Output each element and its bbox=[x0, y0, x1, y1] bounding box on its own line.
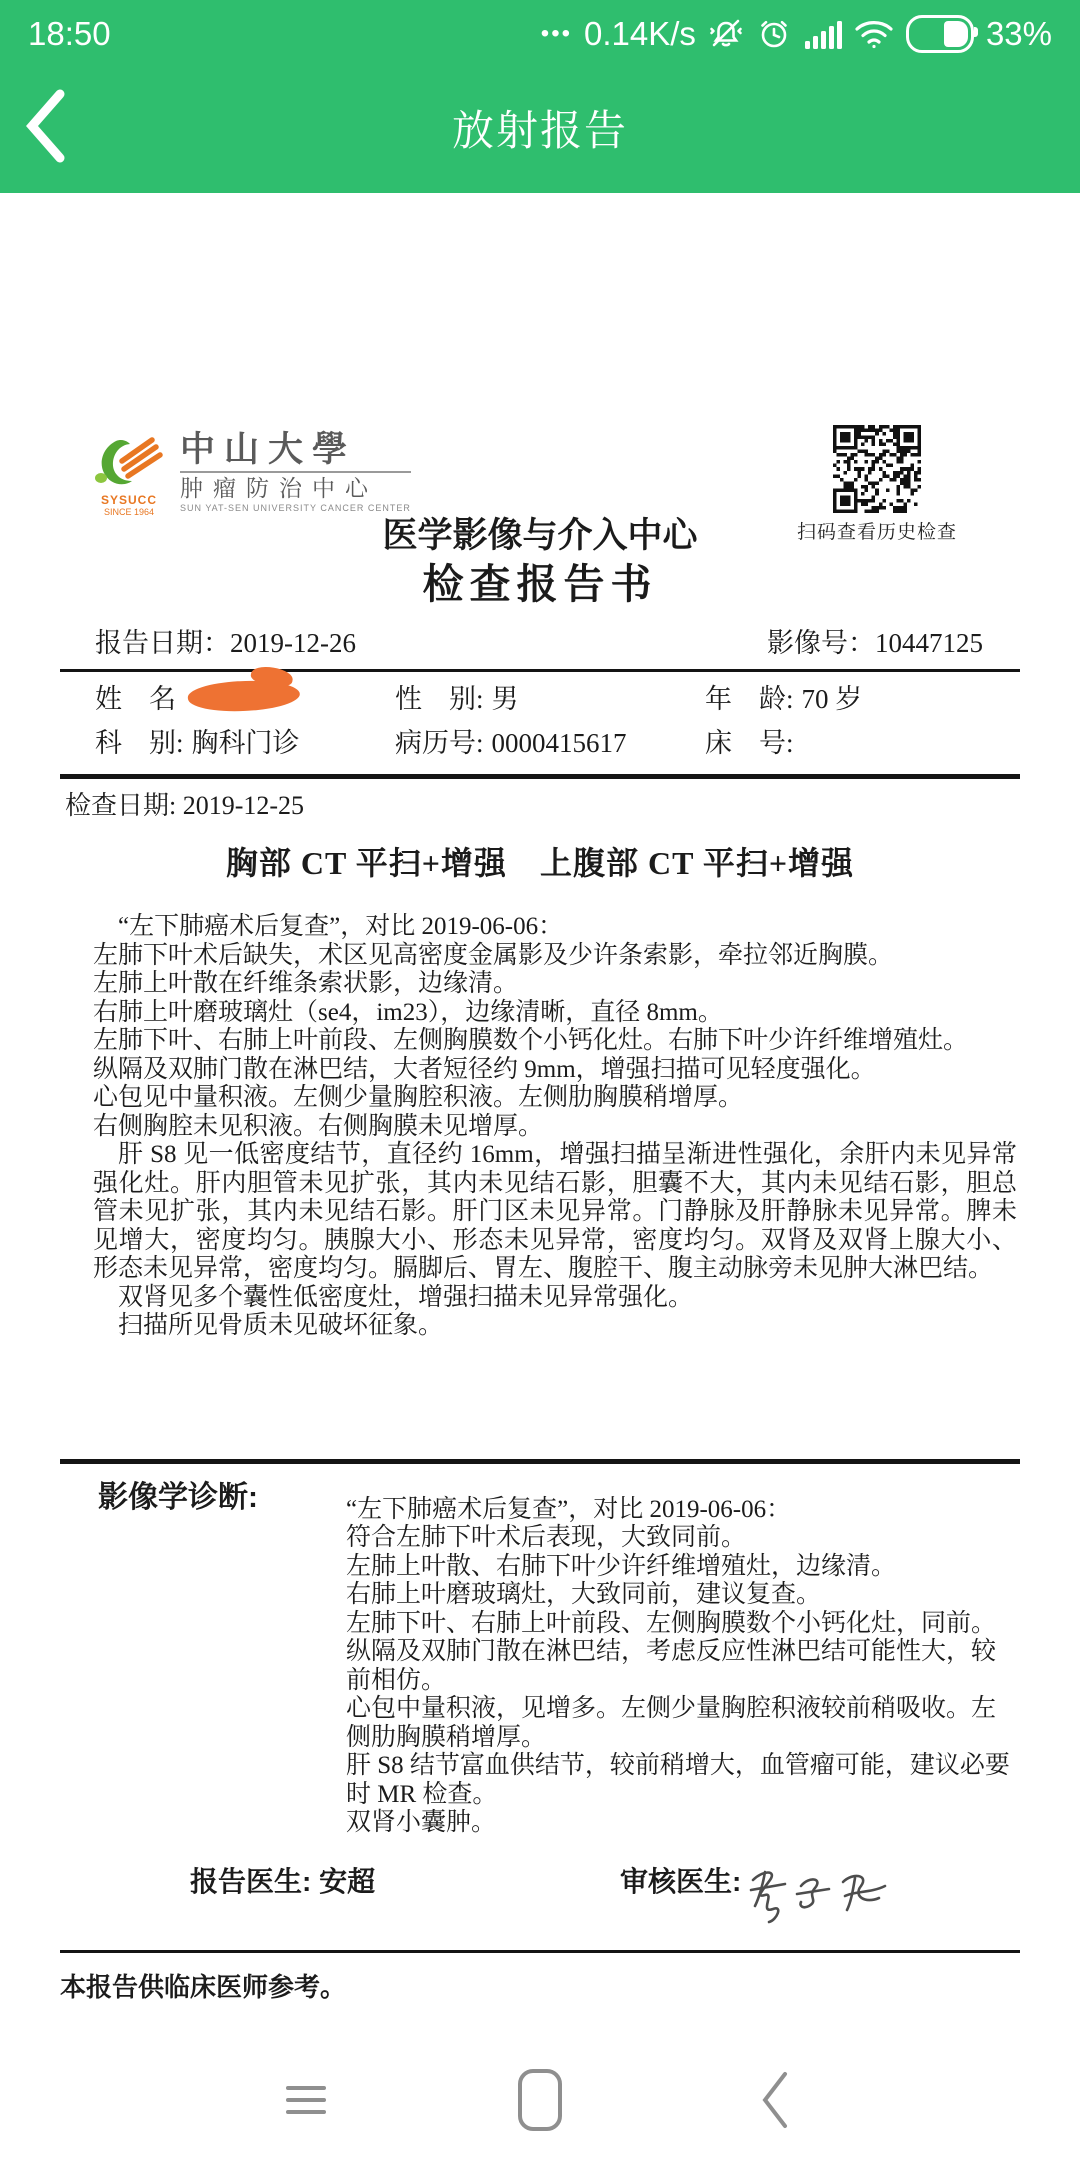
divider-patient bbox=[60, 774, 1020, 779]
phone-screen: 18:50 ••• 0.14K/s bbox=[0, 0, 1080, 2160]
diagnosis-lines: “左下肺癌术后复查”，对比 2019-06-06：符合左肺下叶术后表现，大致同前… bbox=[346, 1480, 1020, 1838]
exam-date-row: 检查日期: 2019-12-25 bbox=[60, 791, 1020, 821]
review-doctor-label: 审核医生: bbox=[620, 1860, 741, 1900]
android-nav-bar bbox=[0, 2040, 1080, 2160]
battery-icon bbox=[906, 15, 974, 53]
exam-date-label: 检查日期: bbox=[65, 791, 183, 820]
name-redaction-scribble bbox=[187, 678, 300, 714]
back-button[interactable] bbox=[22, 76, 102, 176]
exam-date-value: 2019-12-25 bbox=[183, 791, 304, 820]
findings-section: “左下肺癌术后复查”，对比 2019-06-06：左肺下叶术后缺失，术区见高密度… bbox=[60, 913, 1020, 1341]
dept-label: 科 别: bbox=[95, 726, 184, 760]
wifi-icon bbox=[854, 18, 894, 50]
report-meta-row: 报告日期：2019-12-26 影像号：10447125 bbox=[60, 627, 1020, 659]
report-doctor-label: 报告医生: bbox=[190, 1866, 319, 1897]
hospital-name-sub: 肿瘤防治中心 bbox=[180, 473, 411, 503]
hospital-logo-text: 中山大學 肿瘤防治中心 SUN YAT-SEN UNIVERSITY CANCE… bbox=[180, 431, 411, 513]
qr-code bbox=[792, 425, 962, 513]
age-value: 70 岁 bbox=[802, 682, 863, 716]
report-date-label: 报告日期： bbox=[95, 628, 230, 658]
nav-menu-icon[interactable] bbox=[278, 2065, 334, 2135]
logo-since: SINCE 1964 bbox=[92, 507, 166, 518]
name-label: 姓 名 bbox=[95, 682, 176, 716]
qr-caption: 扫码查看历史检查 bbox=[792, 517, 962, 544]
alarm-icon bbox=[756, 17, 792, 51]
nav-home-icon[interactable] bbox=[512, 2065, 568, 2135]
status-bar: 18:50 ••• 0.14K/s bbox=[0, 0, 1080, 62]
report-document: SYSUCC SINCE 1964 中山大學 肿瘤防治中心 SUN YAT-SE… bbox=[0, 431, 1080, 2004]
patient-row-1: 姓 名 性 别: 男 年 龄: 70 岁 bbox=[60, 682, 1020, 716]
exam-title: 胸部 CT 平扫+增强 上腹部 CT 平扫+增强 bbox=[60, 845, 1020, 881]
mrn-label: 病历号: bbox=[395, 726, 484, 760]
image-no-value: 10447125 bbox=[875, 628, 983, 658]
status-time: 18:50 bbox=[28, 15, 111, 53]
divider-diagnosis bbox=[60, 1459, 1020, 1464]
document-header: SYSUCC SINCE 1964 中山大學 肿瘤防治中心 SUN YAT-SE… bbox=[60, 431, 1020, 515]
report-date-value: 2019-12-26 bbox=[230, 628, 356, 658]
page-title: 放射报告 bbox=[452, 98, 628, 158]
bed-label: 床 号: bbox=[705, 726, 794, 760]
nav-back-icon[interactable] bbox=[746, 2065, 802, 2135]
mute-bell-icon bbox=[708, 17, 744, 51]
network-speed: 0.14K/s bbox=[584, 15, 696, 53]
app-bar: 放射报告 bbox=[0, 62, 1080, 193]
document-title: 检查报告书 bbox=[60, 561, 1020, 607]
signal-strength-icon bbox=[804, 18, 842, 50]
patient-row-2: 科 别: 胸科门诊 病历号: 0000415617 床 号: bbox=[60, 726, 1020, 760]
mrn-value: 0000415617 bbox=[492, 726, 627, 760]
footer-note: 本报告供临床医师参考。 bbox=[60, 1967, 1020, 2004]
diagnosis-section: 影像学诊断: “左下肺癌术后复查”，对比 2019-06-06：符合左肺下叶术后… bbox=[60, 1480, 1020, 1838]
hospital-logo-icon: SYSUCC SINCE 1964 bbox=[92, 431, 166, 518]
hospital-name-cn: 中山大學 bbox=[180, 431, 411, 473]
age-label: 年 龄: bbox=[705, 682, 794, 716]
diagnosis-label: 影像学诊断: bbox=[60, 1480, 346, 1838]
review-doctor-signature bbox=[743, 1862, 903, 1935]
hospital-name-en: SUN YAT-SEN UNIVERSITY CANCER CENTER bbox=[180, 503, 411, 513]
battery-percent: 33% bbox=[986, 15, 1052, 53]
signal-dots-icon: ••• bbox=[541, 20, 572, 48]
dept-value: 胸科门诊 bbox=[192, 726, 300, 760]
sex-value: 男 bbox=[492, 682, 519, 716]
report-doctor-name: 安超 bbox=[319, 1866, 375, 1897]
divider-top bbox=[60, 669, 1020, 672]
doctors-row: 报告医生: 安超 审核医生: bbox=[60, 1860, 1020, 1930]
sex-label: 性 别: bbox=[395, 682, 484, 716]
image-no-label: 影像号： bbox=[767, 628, 875, 658]
qr-block: 扫码查看历史检查 bbox=[792, 425, 962, 544]
logo-abbr: SYSUCC bbox=[92, 494, 166, 507]
divider-footer bbox=[60, 1950, 1020, 1953]
